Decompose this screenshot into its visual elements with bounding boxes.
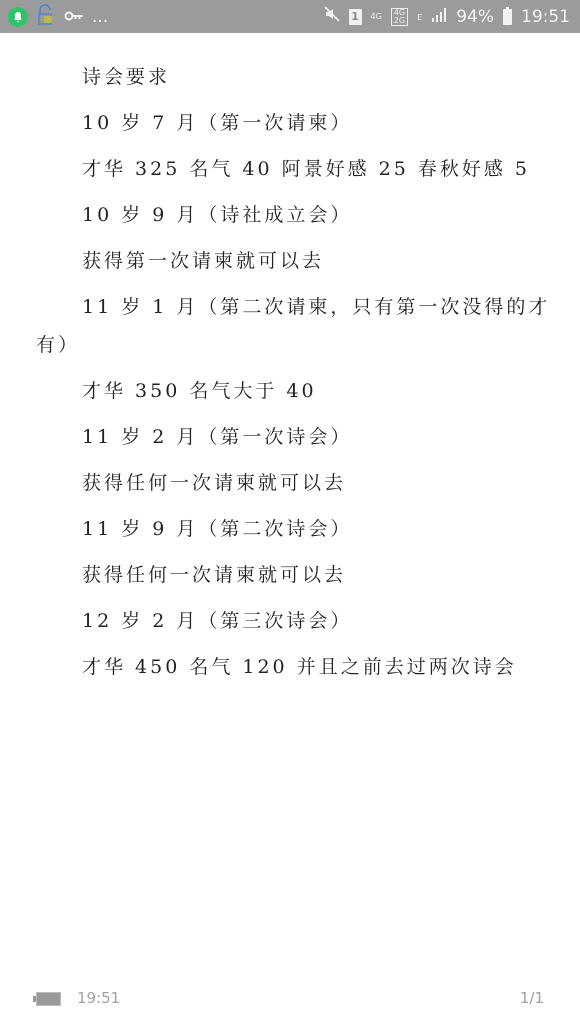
- reader-footer: 19:51 1/1: [0, 988, 580, 1012]
- key-icon: [64, 7, 84, 26]
- doc-line: 才华 350 名气大于 40: [82, 376, 317, 403]
- doc-line: 有）: [36, 330, 80, 357]
- signal-strength-icon: [431, 7, 447, 27]
- footer-time: 19:51: [77, 989, 120, 1007]
- doc-line: 获得第一次请柬就可以去: [82, 246, 324, 273]
- doc-line: 获得任何一次请柬就可以去: [82, 560, 346, 587]
- network-type: 4G: [371, 12, 382, 21]
- sim-card-icon: 1: [349, 9, 362, 25]
- doc-line: 10 岁 9 月（诗社成立会）: [82, 200, 352, 227]
- dual-network-indicator: 4G 2G: [391, 8, 408, 26]
- doc-title: 诗会要求: [82, 62, 170, 89]
- mute-icon: [324, 6, 340, 27]
- doc-line: 10 岁 7 月（第一次请柬）: [82, 108, 352, 135]
- doc-line: 11 岁 1 月（第二次请柬，只有第一次没得的才: [82, 292, 550, 319]
- doc-line: 才华 325 名气 40 阿景好感 25 春秋好感 5: [82, 154, 530, 181]
- notification-bell-icon: [8, 7, 28, 27]
- status-bar: ... 1 4G 4G 2G E 94% 19:51: [0, 0, 580, 33]
- doc-line: 11 岁 2 月（第一次诗会）: [82, 422, 352, 449]
- battery-icon: [503, 9, 512, 25]
- vpn-lock-icon: [36, 4, 56, 30]
- doc-line: 获得任何一次请柬就可以去: [82, 468, 346, 495]
- status-time: 19:51: [521, 7, 570, 27]
- edge-indicator: E: [417, 13, 422, 22]
- footer-battery-icon: [33, 992, 63, 1006]
- doc-line: 才华 450 名气 120 并且之前去过两次诗会: [82, 652, 517, 679]
- battery-percent: 94%: [456, 7, 494, 27]
- doc-line: 12 岁 2 月（第三次诗会）: [82, 606, 352, 633]
- more-notifications: ...: [92, 7, 108, 27]
- doc-line: 11 岁 9 月（第二次诗会）: [82, 514, 352, 541]
- page-indicator: 1/1: [520, 989, 544, 1007]
